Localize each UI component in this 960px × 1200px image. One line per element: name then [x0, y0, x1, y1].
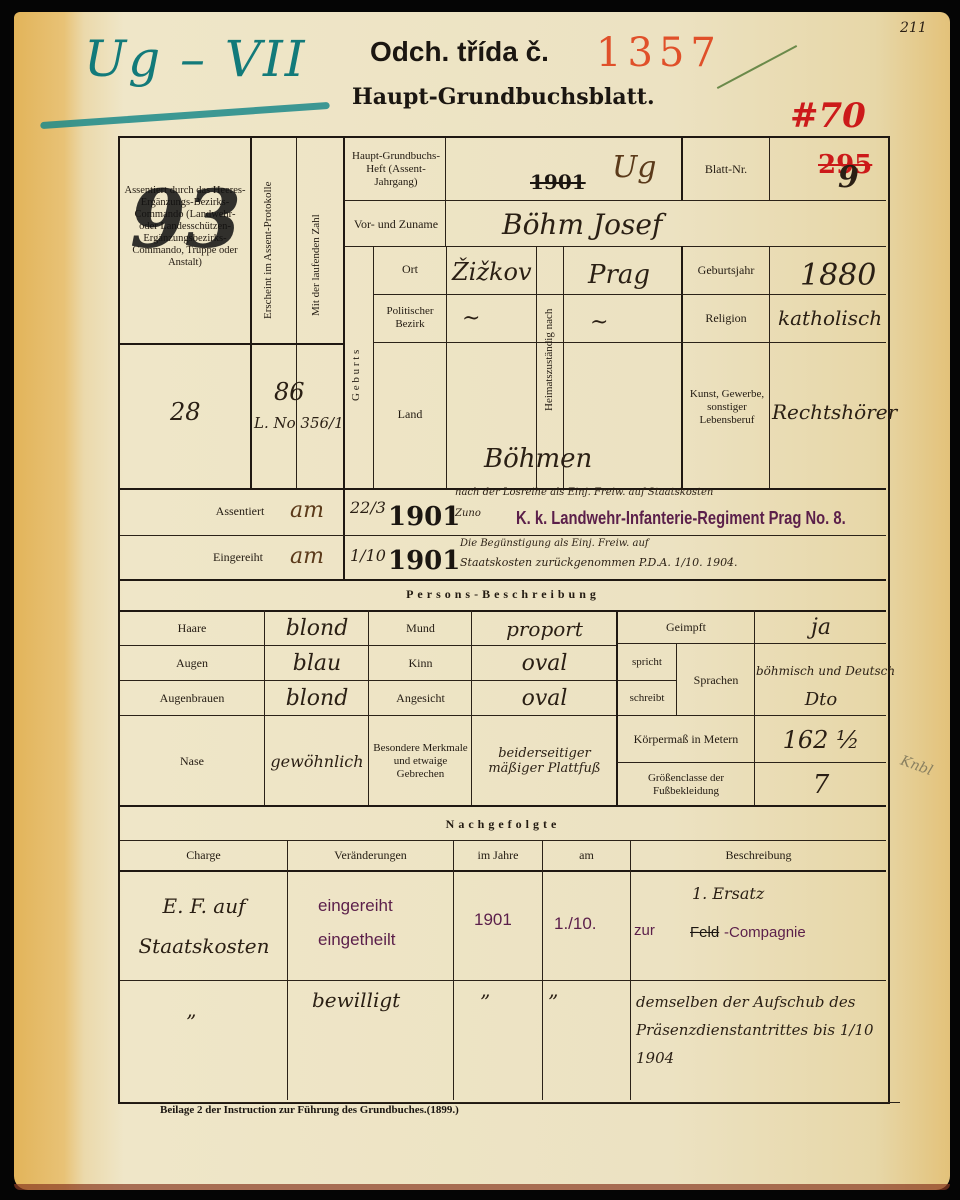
assent-note-line-4: Staatskosten zurückgenommen P.D.A. 1/10.… — [460, 556, 738, 569]
kinn-label: Kinn — [370, 647, 471, 680]
laufende-zahl-label: Mit der laufenden Zahl — [310, 190, 322, 340]
col-veraenderungen: Veränderungen — [288, 841, 453, 870]
value-serial: L. No 356/1 — [254, 414, 344, 432]
merkmale-label: Besondere Merkmale und etwaige Gebrechen — [370, 717, 471, 805]
blatt-label: Blatt-Nr. — [684, 163, 768, 176]
blue-marking: Ug – VII — [84, 30, 307, 88]
augen-value: blau — [266, 647, 368, 680]
assentiert-am: am — [290, 498, 324, 523]
regiment-stamp: K. k. Landwehr-Infanterie-Regiment Prag … — [516, 508, 846, 529]
schuhgroesse-label: Größenclasse der Fußbekleidung — [618, 764, 754, 805]
bezirk-value: ~ — [462, 306, 480, 331]
value-unit: 28 — [170, 398, 201, 426]
heimat-bezirk-value: ~ — [590, 310, 608, 335]
row2-veraenderung: bewilligt — [312, 988, 400, 1012]
assentiert-date: 22/3 — [350, 498, 386, 517]
geburtsjahr-value: 1880 — [800, 258, 876, 293]
sprachen-label: Sprachen — [678, 645, 754, 715]
row1-am: 1./10. — [554, 914, 597, 934]
name-value: Böhm Josef — [502, 208, 662, 241]
heft-value-struck: 1901 — [530, 170, 586, 194]
land-label: Land — [376, 408, 444, 421]
nase-label: Nase — [120, 717, 264, 805]
religion-value: katholisch — [778, 306, 882, 330]
eingereiht-year: 1901 — [388, 546, 460, 576]
geburts-label: G e b u r t s — [350, 320, 362, 430]
page-number: 211 — [900, 20, 927, 36]
schreibt-label: schreibt — [618, 682, 676, 715]
heft-label: Haupt-Grundbuchs-Heft (Assent-Jahrgang) — [350, 150, 442, 189]
mund-label: Mund — [370, 612, 471, 645]
geimpft-value: ja — [756, 612, 886, 643]
beruf-label: Kunst, Gewerbe, sonstiger Lebensberuf — [688, 388, 766, 427]
augen-label: Augen — [120, 647, 264, 680]
koerpermass-value: 162 ½ — [756, 717, 886, 762]
row1-charge: E. F. auf Staatskosten — [124, 872, 284, 980]
row1-beschreibung-suffix: -Compagnie — [724, 924, 806, 941]
nase-value: gewöhnlich — [266, 717, 368, 805]
row1-veraenderung-1: eingereiht — [318, 896, 393, 916]
red-number-struck: # — [790, 96, 819, 136]
ort-value: Žižkov — [452, 258, 532, 286]
angesicht-value: oval — [473, 682, 616, 715]
row2-beschreibung: demselben der Aufschub des Präsenzdienst… — [636, 988, 882, 1072]
row1-jahr: 1901 — [474, 910, 512, 930]
assent-note-line-3: Die Begünstigung als Einj. Freiw. auf — [460, 538, 649, 549]
schreibt-value: Dto — [756, 684, 886, 715]
merkmale-value: beiderseitiger mäßiger Plattfuß — [475, 717, 614, 805]
eingereiht-date: 1/10 — [350, 546, 386, 565]
kinn-value: oval — [473, 647, 616, 680]
row2-charge: ” — [186, 1010, 196, 1034]
assentiert-label: Assentiert — [200, 505, 280, 518]
geimpft-label: Geimpft — [618, 612, 754, 643]
footer-text: Beilage 2 der Instruction zur Führung de… — [160, 1104, 459, 1116]
title-line-1: Odch. třída č. — [370, 36, 549, 68]
koerpermass-label: Körpermaß in Metern — [618, 717, 754, 762]
augenbrauen-label: Augenbrauen — [120, 682, 264, 715]
eingereiht-am: am — [290, 544, 324, 569]
value-protocol: 86 — [274, 378, 305, 406]
heimat-label: Heimatszuständig nach — [543, 270, 555, 450]
angesicht-label: Angesicht — [370, 682, 471, 715]
row1-beschreibung-insert: 1. Ersatz — [692, 884, 764, 903]
land-value: Böhmen — [484, 444, 592, 474]
ort-label: Ort — [376, 263, 444, 276]
geburtsjahr-label: Geburtsjahr — [684, 264, 768, 277]
haare-label: Haare — [120, 612, 264, 645]
spricht-label: spricht — [618, 645, 676, 680]
heimat-value: Prag — [588, 260, 650, 290]
col-jahr: im Jahre — [454, 841, 542, 870]
overwritten-number: 93 — [130, 172, 241, 266]
augenbrauen-value: blond — [266, 682, 368, 715]
eingereiht-label: Eingereiht — [196, 551, 280, 564]
col-am: am — [543, 841, 630, 870]
red-number-value: 70 — [819, 96, 866, 136]
heft-value: Ug — [612, 150, 657, 185]
assent-protokoll-label: Erscheint im Assent-Protokolle — [262, 160, 274, 340]
blatt-value: 9 — [838, 160, 859, 195]
row1-veraenderung-2: eingetheilt — [318, 930, 396, 950]
schuhgroesse-value: 7 — [756, 764, 886, 805]
assentiert-year: 1901 — [388, 502, 460, 532]
bezirk-label: Politischer Bezirk — [376, 305, 444, 331]
row2-jahr: ” — [480, 990, 490, 1014]
col-beschreibung: Beschreibung — [631, 841, 886, 870]
assent-note-zuno: Zuno — [455, 508, 481, 519]
mund-value: proport — [473, 612, 616, 645]
beruf-value: Rechtshörer — [772, 400, 897, 424]
spricht-value: böhmisch und Deutsch — [756, 664, 895, 678]
red-number: #70 — [790, 96, 866, 136]
religion-label: Religion — [684, 312, 768, 325]
col-charge: Charge — [120, 841, 287, 870]
class-number: 1357 — [596, 30, 722, 76]
row1-beschreibung-struck: Feld — [690, 924, 719, 941]
assent-note-line-1: nach der Losreihe als Einj. Freiw. auf S… — [455, 487, 713, 498]
row2-am: ” — [548, 990, 558, 1014]
name-label: Vor- und Zuname — [350, 218, 442, 231]
row1-beschreibung-prefix: zur — [634, 922, 655, 939]
nachgefolgte-title: Nachgefolgte — [120, 818, 886, 831]
description-title: Persons-Beschreibung — [120, 588, 886, 601]
haare-value: blond — [266, 612, 368, 645]
title-line-2: Haupt-Grundbuchsblatt. — [352, 84, 655, 110]
